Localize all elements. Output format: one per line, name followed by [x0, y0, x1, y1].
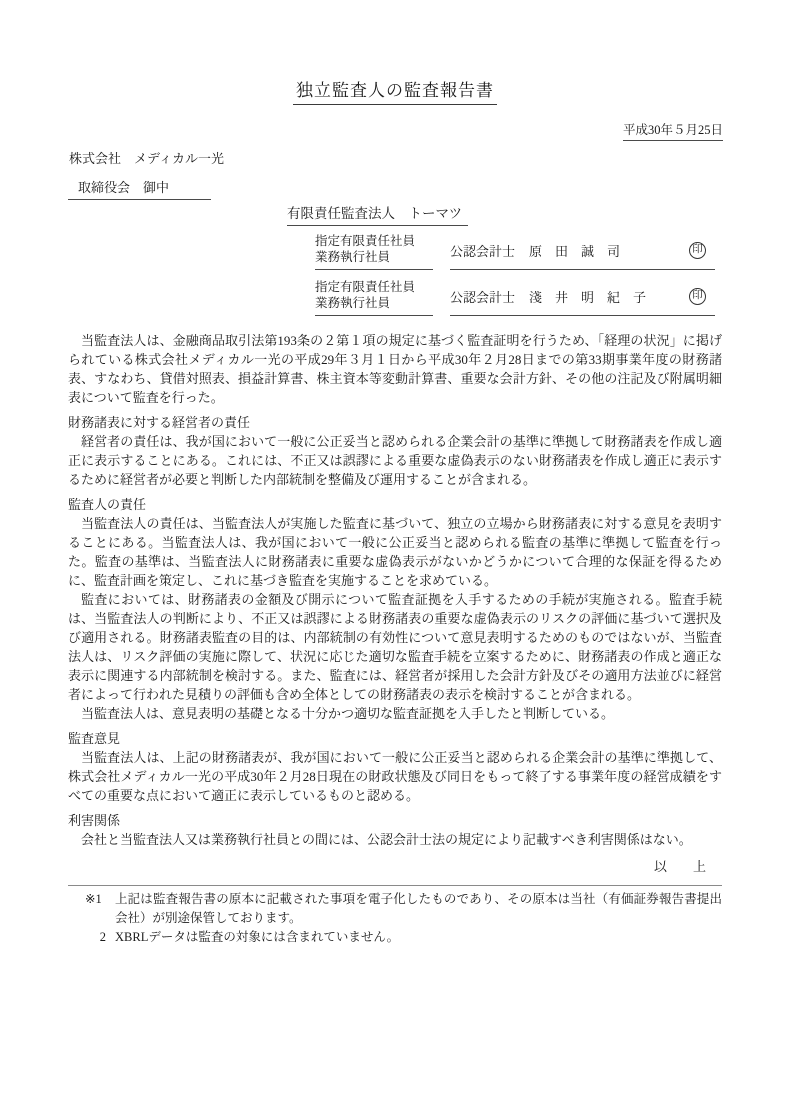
addressee-dept-row: 取締役会 御中: [68, 177, 211, 200]
paragraph: 当監査法人は、上記の財務諸表が、我が国において一般に公正妥当と認められる企業会計…: [68, 748, 722, 805]
signature-row: 指定有限責任社員 業務執行社員 公認会計士 原 田 誠 司 印: [315, 233, 715, 270]
report-date: 平成30年５月25日: [623, 120, 723, 141]
footnote-item: ※1 上記は監査報告書の原本に記載された事項を電子化したものであり、その原本は当…: [85, 890, 722, 928]
section-heading-auditor-responsibility: 監査人の責任: [68, 495, 722, 514]
audit-firm-name: 有限責任監査法人 トーマツ: [287, 202, 468, 226]
section-heading-audit-opinion: 監査意見: [68, 729, 722, 748]
footnote-text: 上記は監査報告書の原本に記載された事項を電子化したものであり、その原本は当社（有…: [115, 890, 722, 928]
closing-mark: 以 上: [68, 857, 722, 876]
footnotes: ※1 上記は監査報告書の原本に記載された事項を電子化したものであり、その原本は当…: [68, 890, 722, 947]
cpa-name: 原 田 誠 司: [529, 241, 620, 260]
signature-block: 指定有限責任社員 業務執行社員 公認会計士 原 田 誠 司 印 指定有限責任社員…: [315, 233, 715, 325]
footnote-marker: ※1: [85, 890, 115, 928]
paragraph: 経営者の責任は、我が国において一般に公正妥当と認められる企業会計の基準に準拠して…: [68, 432, 722, 489]
intro-paragraph: 当監査法人は、金融商品取引法第193条の２第１項の規定に基づく監査証明を行うため…: [68, 331, 722, 407]
signatory-role: 指定有限責任社員 業務執行社員: [315, 279, 433, 316]
signatory-role-line2: 業務執行社員: [315, 249, 433, 265]
cpa-title: 公認会計士: [450, 287, 515, 306]
cpa-title: 公認会計士: [450, 241, 515, 260]
section-heading-management-responsibility: 財務諸表に対する経営者の責任: [68, 413, 722, 432]
paragraph: 監査においては、財務諸表の金額及び開示について監査証拠を入手するための手続が実施…: [68, 590, 722, 704]
audit-firm-row: 有限責任監査法人 トーマツ: [287, 202, 468, 226]
report-date-row: 平成30年５月25日: [623, 120, 723, 141]
signatory-role-line1: 指定有限責任社員: [315, 279, 433, 295]
cpa-name: 淺 井 明 紀 子: [529, 287, 646, 306]
seal-icon: 印: [689, 288, 706, 305]
footnote-divider-rule: [68, 885, 722, 886]
audit-report-page: 独立監査人の監査報告書 平成30年５月25日 株式会社 メディカル一光 取締役会…: [0, 0, 790, 1118]
signatory-signature: 公認会計士 淺 井 明 紀 子 印: [450, 279, 715, 316]
report-body: 当監査法人は、金融商品取引法第193条の２第１項の規定に基づく監査証明を行うため…: [68, 331, 722, 947]
report-title-row: 独立監査人の監査報告書: [0, 76, 790, 105]
signature-row: 指定有限責任社員 業務執行社員 公認会計士 淺 井 明 紀 子 印: [315, 279, 715, 316]
paragraph: 当監査法人の責任は、当監査法人が実施した監査に基づいて、独立の立場から財務諸表に…: [68, 514, 722, 590]
seal-icon: 印: [689, 242, 706, 259]
addressee-dept: 取締役会 御中: [68, 177, 211, 200]
paragraph: 会社と当監査法人又は業務執行社員との間には、公認会計士法の規定により記載すべき利…: [68, 830, 722, 849]
paragraph: 当監査法人は、意見表明の基礎となる十分かつ適切な監査証拠を入手したと判断している…: [68, 704, 722, 723]
footnote-text: XBRLデータは監査の対象には含まれていません。: [115, 928, 722, 947]
signatory-signature: 公認会計士 原 田 誠 司 印: [450, 233, 715, 270]
signatory-role: 指定有限責任社員 業務執行社員: [315, 233, 433, 270]
signatory-role-line2: 業務執行社員: [315, 295, 433, 311]
signatory-role-line1: 指定有限責任社員: [315, 233, 433, 249]
section-heading-interests: 利害関係: [68, 811, 722, 830]
report-title: 独立監査人の監査報告書: [293, 76, 497, 105]
footnote-marker: 2: [85, 928, 115, 947]
addressee-company: 株式会社 メディカル一光: [69, 148, 224, 167]
footnote-item: 2 XBRLデータは監査の対象には含まれていません。: [85, 928, 722, 947]
